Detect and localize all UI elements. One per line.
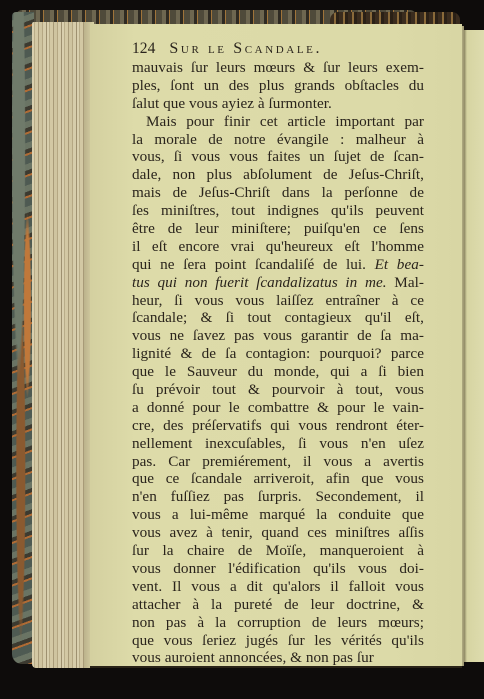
text-segment: ſcandale; & ſi tout contagieux qu'il eſt… (132, 309, 424, 326)
text-segment: qui ne ſera point ſcandaliſé de lui. (132, 256, 375, 273)
text-segment: mais de Jeſus-Chriſt dans la perſonne de (132, 184, 424, 201)
text-line: tus qui non fuerit ſcandalizatus in me. … (132, 274, 424, 292)
text-segment: Mais pour finir cet article important pa… (146, 113, 424, 130)
text-line: non pas à la corruption de leurs mœurs; (132, 614, 424, 632)
text-line: ſalut que vous ayiez à ſurmonter. (132, 95, 424, 113)
text-line: lignité & de ſa contagion: pourquoi? par… (132, 345, 424, 363)
text-line: ſcandale; & ſi tout contagieux qu'il eſt… (132, 309, 424, 327)
text-line: il eſt encore vrai qu'heureux eſt l'homm… (132, 238, 424, 256)
text-segment: nellement inexcuſables, ſi vous n'en uſe… (132, 435, 424, 452)
text-line: Mais pour finir cet article important pa… (132, 113, 424, 131)
text-segment: a donné pour le combattre & pour le vain… (132, 399, 424, 416)
text-line: a donné pour le combattre & pour le vain… (132, 399, 424, 417)
text-line: pas. Car premiérement, il vous a avertis (132, 453, 424, 471)
text-line: mais de Jeſus-Chriſt dans la perſonne de (132, 184, 424, 202)
text-line: heur, ſi vous vous laiſſez entraîner à c… (132, 292, 424, 310)
text-line: vous a lui-même marqué la conduite que (132, 506, 424, 524)
text-segment: vous donner l'édification qu'ils vous do… (132, 560, 424, 577)
text-segment: ſes miniſtres, tout indignes qu'ils peuv… (132, 202, 424, 219)
text-line: ſu prévoir tout & pourvoir à tout, vous (132, 381, 424, 399)
page-text-block: 124 Sur le Scandale. mauvais ſur leurs m… (132, 40, 424, 667)
text-segment: être de leur miniſtere; puiſqu'en ce ſen… (132, 220, 424, 237)
text-segment: Mal- (387, 274, 424, 291)
book-page: 124 Sur le Scandale. mauvais ſur leurs m… (90, 24, 462, 668)
text-segment: vous, ſi vous vous faites un ſujet de ſc… (132, 148, 424, 165)
text-segment: vous ne ſavez pas vous garantir de ſa ma… (132, 327, 424, 344)
text-line: que le Sauveur du monde, qui a ſi bien (132, 363, 424, 381)
text-line: attacher à la pureté de leur doctrine, & (132, 596, 424, 614)
text-segment: ſalut que vous ayiez à ſurmonter. (132, 95, 332, 112)
text-line: vous ne ſavez pas vous garantir de ſa ma… (132, 327, 424, 345)
text-segment: que ce ſcandale arriveroit, afin que vou… (132, 470, 424, 487)
text-line: ples, ſont un des plus grands obſtacles … (132, 77, 424, 95)
text-segment: vent. Il vous a dit qu'alors il falloit … (132, 578, 424, 595)
latin-quote: tus qui non fuerit ſcandalizatus in me. (132, 274, 387, 291)
text-line: vous avez à tenir, quand ces miniſtres a… (132, 524, 424, 542)
text-line: qui ne ſera point ſcandaliſé de lui. Et … (132, 256, 424, 274)
book-photo: 124 Sur le Scandale. mauvais ſur leurs m… (0, 0, 484, 699)
text-segment: attacher à la pureté de leur doctrine, & (132, 596, 424, 613)
text-line: vous auroient annoncées, & non pas ſur (132, 649, 424, 667)
text-segment: ples, ſont un des plus grands obſtacles … (132, 77, 424, 94)
running-head-title: Sur le Scandale. (169, 40, 322, 58)
text-segment: lignité & de ſa contagion: pourquoi? par… (132, 345, 424, 362)
text-segment: ſu prévoir tout & pourvoir à tout, vous (132, 381, 424, 398)
text-segment: vous avez à tenir, quand ces miniſtres a… (132, 524, 424, 541)
text-line: cre, des préſervatifs qui vous rendront … (132, 417, 424, 435)
body-text: mauvais ſur leurs mœurs & ſur leurs exem… (132, 59, 424, 667)
text-line: vous donner l'édification qu'ils vous do… (132, 560, 424, 578)
next-page-sliver (464, 30, 484, 662)
text-line: dale, non plus abſolument de Jeſus-Chriſ… (132, 166, 424, 184)
text-segment: cre, des préſervatifs qui vous rendront … (132, 417, 424, 434)
text-segment: la morale de notre évangile : malheur à (132, 131, 424, 148)
text-line: ſes miniſtres, tout indignes qu'ils peuv… (132, 202, 424, 220)
text-segment: que vous ſeriez jugés ſur les vérités qu… (132, 632, 424, 649)
text-line: vent. Il vous a dit qu'alors il falloit … (132, 578, 424, 596)
text-line: mauvais ſur leurs mœurs & ſur leurs exem… (132, 59, 424, 77)
text-line: être de leur miniſtere; puiſqu'en ce ſen… (132, 220, 424, 238)
text-segment: il eſt encore vrai qu'heureux eſt l'homm… (132, 238, 424, 255)
text-line: que vous ſeriez jugés ſur les vérités qu… (132, 632, 424, 650)
text-line: nellement inexcuſables, ſi vous n'en uſe… (132, 435, 424, 453)
page-stack-edges (32, 22, 90, 668)
text-line: vous, ſi vous vous faites un ſujet de ſc… (132, 148, 424, 166)
text-segment: heur, ſi vous vous laiſſez entraîner à c… (132, 292, 424, 309)
text-segment: que le Sauveur du monde, qui a ſi bien (132, 363, 424, 380)
latin-quote: Et bea- (375, 256, 424, 273)
text-segment: vous a lui-même marqué la conduite que (132, 506, 424, 523)
text-segment: pas. Car premiérement, il vous a avertis (132, 453, 424, 470)
marbled-cover-edge (12, 12, 34, 664)
text-segment: dale, non plus abſolument de Jeſus-Chriſ… (132, 166, 424, 183)
page-number: 124 (132, 40, 155, 58)
text-line: ſur la chaire de Moïſe, manqueroient à (132, 542, 424, 560)
text-line: n'en fuſſiez pas ſurpris. Secondement, i… (132, 488, 424, 506)
text-segment: n'en fuſſiez pas ſurpris. Secondement, i… (132, 488, 424, 505)
text-segment: ſur la chaire de Moïſe, manqueroient à (132, 542, 424, 559)
text-segment: mauvais ſur leurs mœurs & ſur leurs exem… (132, 59, 424, 76)
text-line: que ce ſcandale arriveroit, afin que vou… (132, 470, 424, 488)
running-head: 124 Sur le Scandale. (132, 40, 424, 59)
text-segment: vous auroient annoncées, & non pas ſur (132, 649, 374, 666)
text-segment: non pas à la corruption de leurs mœurs; (132, 614, 424, 631)
text-line: la morale de notre évangile : malheur à (132, 131, 424, 149)
